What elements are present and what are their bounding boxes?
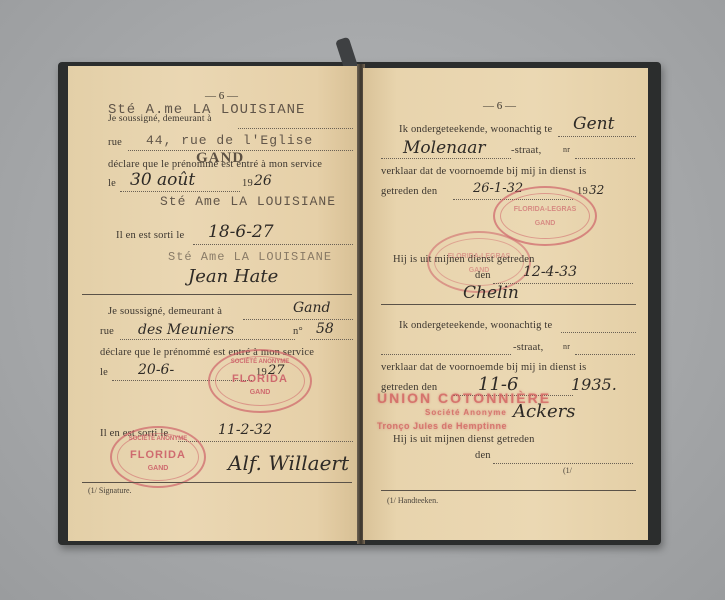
company-stamp-sign: Sté Ame LA LOUISIANE	[168, 250, 332, 264]
page-number: — 6 —	[205, 90, 238, 102]
nr-label: nr	[563, 145, 570, 154]
le-label: le	[100, 367, 108, 378]
dotted-line	[558, 136, 636, 137]
entry1-intro-label: Je soussigné, demeurant à	[108, 114, 212, 124]
no-label: n°	[293, 326, 303, 337]
straat-label: -straat,	[511, 145, 541, 156]
rue-value: des Meuniers	[138, 322, 234, 338]
verklaar-text: verklaar dat de voornoemde bij mij in di…	[381, 166, 586, 177]
year-value: 1935.	[571, 375, 617, 394]
dotted-line	[381, 354, 511, 355]
footnote: (1/ Signature.	[88, 486, 132, 495]
year-prefix: 19	[242, 178, 253, 189]
dotted-line	[243, 319, 353, 320]
dotted-line	[575, 354, 635, 355]
separator-line	[381, 490, 636, 491]
verklaar-text: verklaar dat de voornoemde bij mij in di…	[381, 362, 586, 373]
den-label: den	[475, 270, 491, 281]
entry1-intro-label: Ik ondergeteekende, woonachtig te	[399, 124, 552, 135]
union-cotonniere-stamp-line3: Tronço Jules de Hemptinne	[377, 421, 507, 431]
le-label: le	[108, 178, 116, 189]
right-page: — 6 — Ik ondergeteekende, woonachtig te …	[363, 68, 648, 540]
union-cotonniere-stamp-line2: Société Anonyme	[425, 408, 507, 417]
rue-label: rue	[100, 326, 114, 337]
florida-stamp: SOCIÉTÉ ANONYME FLORIDA GAND	[110, 426, 206, 488]
exit-label: Il en est sorti le	[116, 230, 184, 241]
exit-date-value: 11-2-32	[218, 422, 272, 438]
signature: Ackers	[513, 401, 575, 422]
street-value: Molenaar	[403, 138, 486, 158]
company-stamp-mid: Sté Ame LA LOUISIANE	[160, 194, 336, 209]
dotted-line	[310, 339, 353, 340]
entry2-intro-label: Ik ondergeteekende, woonachtig te	[399, 320, 552, 331]
city-value: Gand	[293, 300, 331, 316]
dotted-line	[178, 441, 353, 442]
dotted-line	[381, 158, 511, 159]
year-suffix: 32	[589, 183, 604, 197]
separator-line	[381, 304, 636, 305]
den-label: den	[475, 450, 491, 461]
dotted-line	[120, 339, 295, 340]
nr-label: nr	[563, 342, 570, 351]
florida-stamp: SOCIÉTÉ ANONYME FLORIDA GAND	[208, 349, 312, 413]
getreden-label: getreden den	[381, 186, 437, 197]
no-value: 58	[316, 321, 334, 337]
dotted-line	[120, 191, 240, 192]
signature: Jean Hate	[188, 266, 278, 287]
separator-line	[82, 482, 352, 483]
entry2-intro-label: Je soussigné, demeurant à	[108, 306, 222, 317]
dotted-line	[238, 128, 353, 129]
left-page: — 6 — Sté A.me LA LOUISIANE Je soussigné…	[68, 66, 360, 541]
dotted-line	[561, 332, 636, 333]
dotted-line	[193, 244, 353, 245]
city-stamp: GAND	[196, 150, 244, 167]
straat-label: -straat,	[513, 342, 543, 353]
signature: Alf. Willaert	[228, 451, 349, 475]
dotted-line	[493, 463, 633, 464]
city-value: Gent	[573, 114, 614, 134]
start-date-value: 30 août	[130, 170, 195, 190]
exit-text: Hij is uit mijnen dienst getreden	[393, 254, 535, 265]
footnote: (1/ Handteeken.	[387, 496, 438, 505]
exit-date-value: 18-6-27	[208, 222, 274, 242]
dotted-line	[575, 158, 635, 159]
separator-line	[82, 294, 352, 295]
rue-label: rue	[108, 137, 122, 148]
footnote-mark: (1/	[563, 466, 572, 475]
page-number: — 6 —	[483, 100, 516, 112]
start-date-value: 20-6-	[138, 362, 174, 378]
exit-text: Hij is uit mijnen dienst getreden	[393, 434, 535, 445]
rue-value: 44, rue de l'Eglise	[146, 133, 313, 148]
exit-date-value: 12-4-33	[523, 264, 577, 280]
year-suffix: 26	[254, 173, 272, 189]
signature: Chelin	[463, 283, 519, 303]
